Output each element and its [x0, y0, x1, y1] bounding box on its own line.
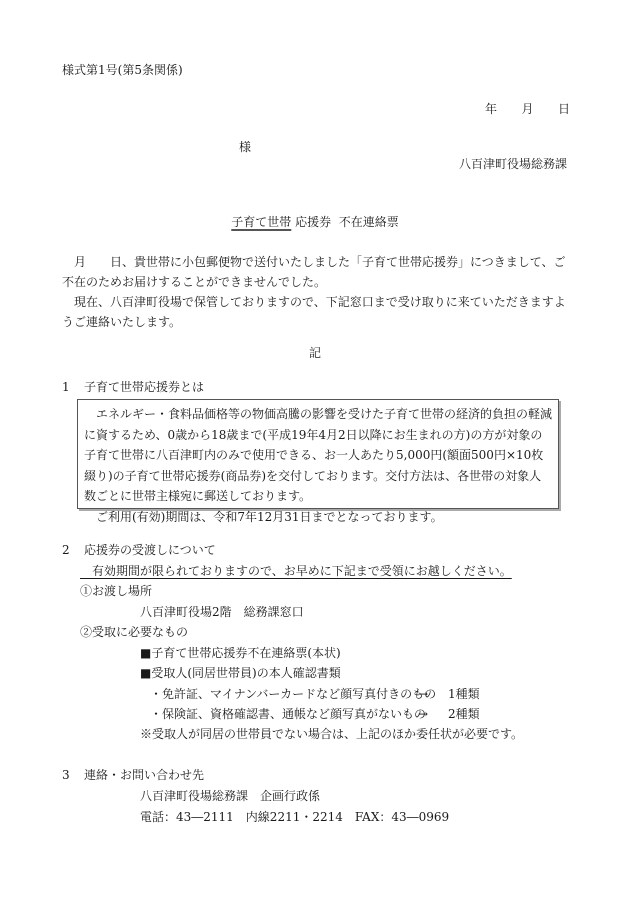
id-doc-2-text: ・保険証、資格確認書、通帳など顔写真がないもの [150, 707, 426, 721]
section-3-number: 3 [62, 769, 84, 781]
addressee-suffix: 様 [239, 141, 251, 153]
section-1-box: エネルギー・食料品価格等の物価高騰の影響を受けた子育て世帯の経済的負担の軽減に資… [77, 399, 559, 509]
place-label: ①お渡し場所 [80, 585, 152, 597]
title-rest: 応援券 不在連絡票 [291, 215, 398, 229]
id-doc-1-text: ・免許証、マイナンバーカードなど顔写真付きのもの [150, 687, 436, 701]
form-number: 様式第1号(第5条関係) [62, 64, 183, 76]
section-1-heading: 1子育て世帯応援券とは [62, 381, 204, 393]
id-doc-1-count: 1種類 [448, 688, 480, 700]
id-doc-2-arrow: → [418, 708, 428, 720]
section-2-notice: 有効期間が限られておりますので、お早めに下記まで受領にお越しください。 [80, 565, 512, 577]
sender-department: 八百津町役場総務課 [459, 158, 567, 170]
date-line: 年 月 日 [485, 103, 570, 115]
id-doc-2: ・保険証、資格確認書、通帳など顔写真がないもの [150, 708, 426, 720]
date-month: 月 [521, 103, 533, 115]
intro-paragraph-2: 現在、八百津町役場で保管しておりますので、下記窓口まで受け取りに来ていただきます… [62, 292, 572, 332]
section-2-number: 2 [62, 544, 84, 556]
section-2-heading: 2応援券の受渡しについて [62, 544, 216, 556]
contact-phone: 電話：43―2111 内線2211・2214 FAX：43―0969 [140, 811, 449, 823]
section-3-title: 連絡・お問い合わせ先 [84, 768, 204, 782]
id-doc-2-count: 2種類 [448, 708, 480, 720]
section-2-title: 応援券の受渡しについて [84, 543, 216, 557]
id-doc-1: ・免許証、マイナンバーカードなど顔写真付きのもの [150, 688, 436, 700]
needs-item-2: ■受取人(同居世帯員)の本人確認書類 [140, 667, 341, 679]
section-1-title: 子育て世帯応援券とは [84, 380, 204, 394]
ki-heading: 記 [0, 347, 630, 359]
needs-label: ②受取に必要なもの [80, 626, 188, 638]
section-1-box-paragraph-2: ご利用(有効)期間は、令和7年12月31日までとなっております。 [84, 507, 552, 528]
intro-text: 月 日、貴世帯に小包郵便物で送付いたしました「子育て世帯応援券」につきまして、ご… [62, 252, 572, 332]
place-value: 八百津町役場2階 総務課窓口 [140, 606, 304, 618]
section-1-number: 1 [62, 381, 84, 393]
document-title: 子育て世帯 応援券 不在連絡票 [0, 216, 630, 228]
intro-paragraph-1: 月 日、貴世帯に小包郵便物で送付いたしました「子育て世帯応援券」につきまして、ご… [62, 252, 572, 292]
needs-item-1: ■子育て世帯応援券不在連絡票(本状) [140, 647, 341, 659]
date-day: 日 [558, 103, 570, 115]
title-underlined: 子育て世帯 [231, 215, 291, 229]
id-doc-1-arrow: → [418, 688, 428, 700]
section-3-heading: 3連絡・お問い合わせ先 [62, 769, 204, 781]
section-1-box-paragraph-1: エネルギー・食料品価格等の物価高騰の影響を受けた子育て世帯の経済的負担の軽減に資… [84, 404, 552, 507]
date-year: 年 [485, 103, 497, 115]
contact-office: 八百津町役場総務課 企画行政係 [140, 790, 320, 802]
proxy-note: ※受取人が同居の世帯員でない場合は、上記のほか委任状が必要です。 [140, 728, 523, 740]
